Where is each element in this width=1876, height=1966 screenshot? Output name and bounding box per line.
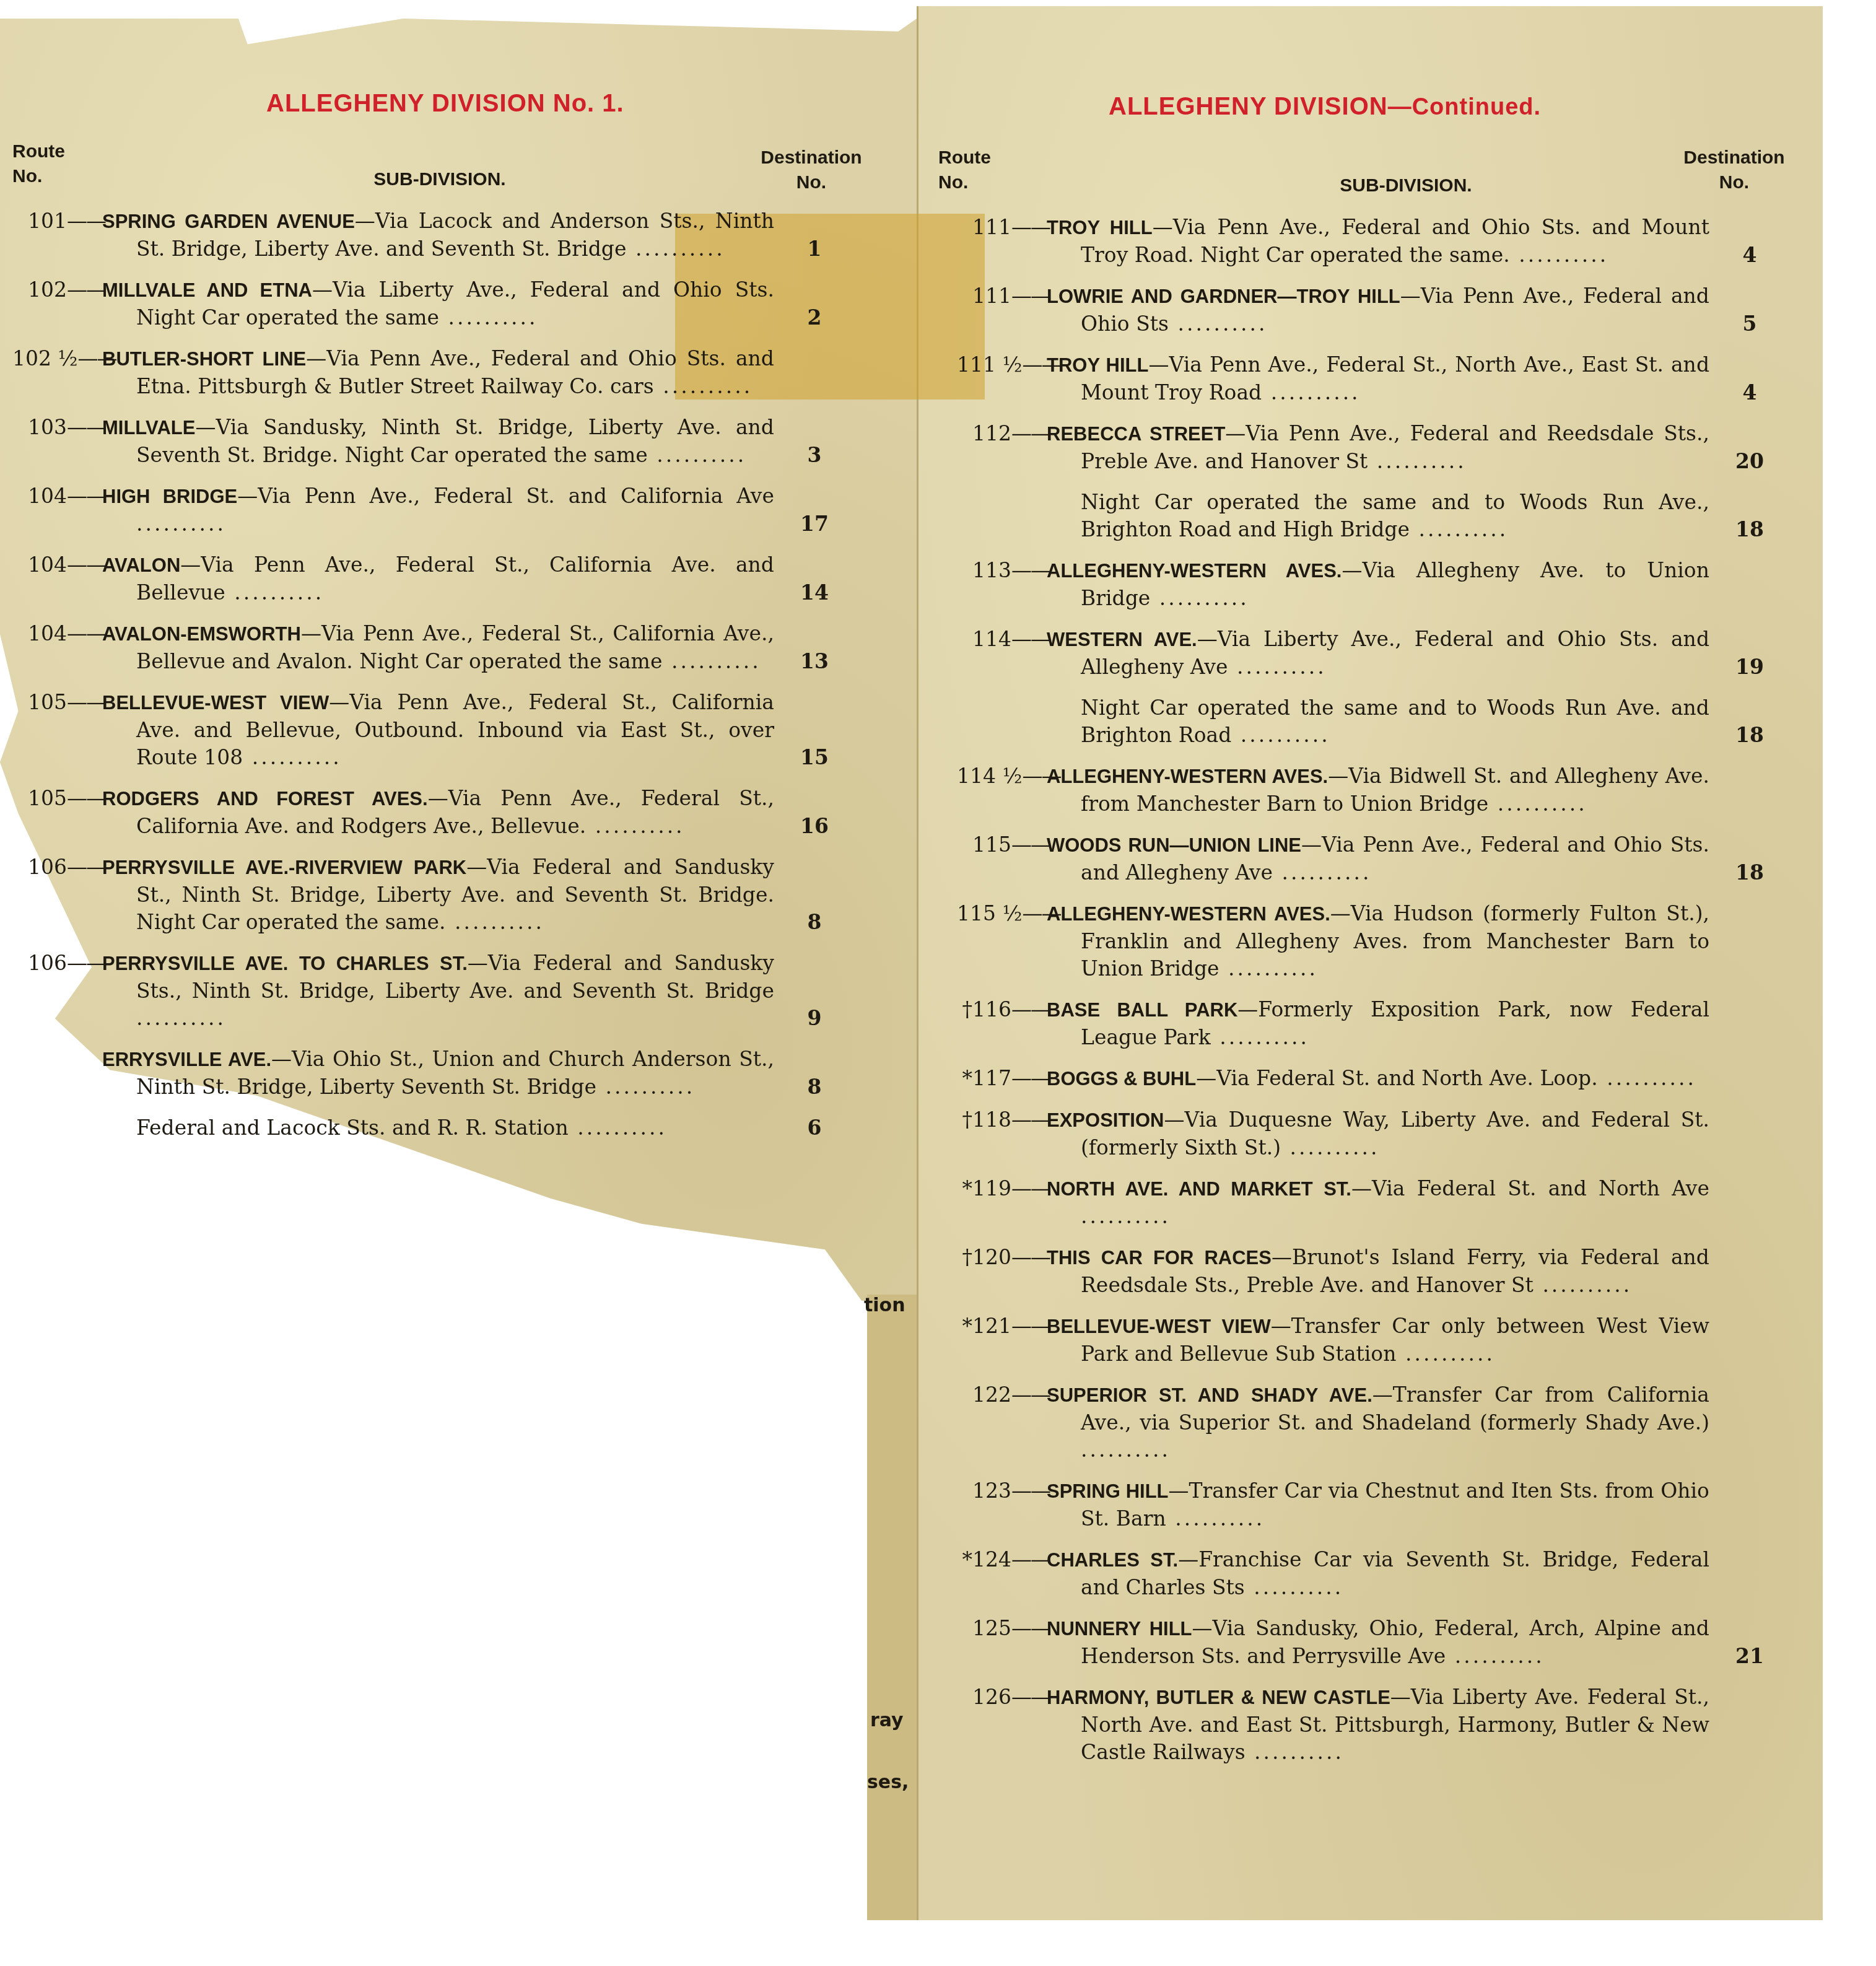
route-description: WESTERN AVE.—Via Liberty Ave., Federal a… (957, 626, 1709, 681)
name-dash: — (1390, 1685, 1411, 1709)
route-description: EXPOSITION—Via Duquesne Way, Liberty Ave… (957, 1106, 1709, 1161)
name-dash: — (1196, 1066, 1216, 1090)
name-dash: — (237, 484, 258, 508)
subdivision-name: NORTH AVE. AND MARKET ST. (1047, 1178, 1351, 1200)
route-description: THIS CAR FOR RACES—Brunot's Island Ferry… (957, 1244, 1709, 1299)
name-dash: — (312, 277, 333, 302)
subdivision-name: BELLEVUE-WEST VIEW (1047, 1316, 1271, 1337)
destination-number: 8 (793, 909, 836, 936)
route-number: 101—— (12, 208, 105, 235)
destination-number: 19 (1728, 653, 1771, 681)
col-route-line1: Route (12, 139, 74, 164)
route-number: 125—— (957, 1615, 1050, 1642)
col-route-line1: Route (938, 146, 1000, 170)
destination-number: 18 (1728, 859, 1771, 886)
subdivision-name: HIGH BRIDGE (102, 486, 237, 507)
destination-number: 20 (1728, 448, 1771, 475)
route-entry: 115 ½——ALLEGHENY-WESTERN AVES.—Via Hudso… (957, 900, 1709, 982)
route-entry: Night Car operated the same and to Woods… (957, 489, 1709, 543)
left-division-title: ALLEGHENY DIVISION No. 1. (266, 90, 624, 118)
name-dash: — (1272, 1245, 1292, 1269)
route-entry: 111 ½——TROY HILL—Via Penn Ave., Federal … (957, 351, 1709, 406)
dot-leader: .......... (1510, 243, 1608, 267)
dot-leader: .......... (136, 512, 226, 536)
route-description: BUTLER-SHORT LINE—Via Penn Ave., Federal… (12, 345, 774, 400)
right-title-main: ALLEGHENY DIVISION (1109, 93, 1388, 120)
right-col-subdivision-header: SUB-DIVISION. (1276, 173, 1536, 198)
route-description: SUPERIOR ST. AND SHADY AVE.—Transfer Car… (957, 1381, 1709, 1464)
route-number: *124—— (957, 1546, 1050, 1573)
dot-leader: .......... (1397, 1342, 1495, 1366)
route-number: *119—— (957, 1175, 1050, 1202)
route-number: 103—— (12, 414, 105, 441)
name-dash: — (1225, 421, 1246, 445)
name-dash: — (1400, 284, 1421, 308)
dot-leader: .......... (596, 1075, 695, 1099)
route-description: TROY HILL—Via Penn Ave., Federal St., No… (957, 351, 1709, 406)
route-number: 106—— (12, 854, 105, 881)
route-number: 104—— (12, 620, 105, 647)
route-number: 104—— (12, 483, 105, 510)
em-dash: —— (1011, 1314, 1050, 1338)
dot-leader: .......... (1488, 792, 1587, 816)
name-dash: — (180, 553, 201, 577)
route-description: Night Car operated the same and to Woods… (957, 489, 1709, 543)
destination-number: 9 (793, 1005, 836, 1032)
em-dash: —— (1022, 901, 1060, 925)
route-entry: 113——ALLEGHENY-WESTERN AVES.—Via Alleghe… (957, 557, 1709, 612)
dot-leader: .......... (1598, 1066, 1696, 1090)
subdivision-name: CHARLES ST. (1047, 1549, 1178, 1571)
right-col-destination-header: Destination No. (1666, 146, 1802, 195)
route-via-text: Via Federal St. and North Ave (1372, 1176, 1709, 1200)
route-entry: 106——PERRYSVILLE AVE.-RIVERVIEW PARK—Via… (12, 854, 774, 936)
col-route-line2: No. (12, 164, 74, 189)
dot-leader: .......... (1534, 1273, 1632, 1297)
em-dash: —— (77, 346, 116, 370)
route-entry: 114 ½——ALLEGHENY-WESTERN AVES.—Via Bidwe… (957, 762, 1709, 818)
dot-leader: .......... (662, 649, 761, 673)
dot-leader: .......... (1081, 1438, 1171, 1462)
route-via-text: Night Car operated the same and to Woods… (1081, 490, 1709, 541)
route-number: 112—— (957, 420, 1050, 447)
route-entry: 111——LOWRIE AND GARDNER—TROY HILL—Via Pe… (957, 282, 1709, 338)
destination-number: 18 (1728, 516, 1771, 543)
route-description: SPRING HILL—Transfer Car via Chestnut an… (957, 1477, 1709, 1532)
right-route-list: 111——TROY HILL—Via Penn Ave., Federal an… (957, 214, 1709, 1780)
route-description: HIGH BRIDGE—Via Penn Ave., Federal St. a… (12, 483, 774, 538)
route-via-text: Night Car operated the same and to Woods… (1081, 696, 1709, 747)
em-dash: —— (1011, 284, 1050, 308)
em-dash: —— (67, 786, 105, 810)
route-via-text: Via Penn Ave., Federal St., North Ave., … (1081, 352, 1709, 404)
route-number: 105—— (12, 689, 105, 716)
left-col-route-header: Route No. (12, 139, 74, 189)
name-dash: — (428, 786, 448, 810)
name-dash: — (1351, 1176, 1372, 1200)
route-number: 122—— (957, 1381, 1050, 1409)
right-division-title: ALLEGHENY DIVISION—Continued. (1109, 93, 1541, 121)
em-dash: —— (1011, 1616, 1050, 1640)
destination-number: 21 (1728, 1643, 1771, 1670)
dot-leader: .......... (626, 237, 725, 261)
left-route-list: 101——SPRING GARDEN AVENUE—Via Lacock and… (12, 208, 774, 1155)
route-number: 111 ½—— (957, 351, 1050, 378)
route-description: MILLVALE—Via Sandusky, Ninth St. Bridge,… (12, 414, 774, 469)
route-entry: 126——HARMONY, BUTLER & NEW CASTLE—Via Li… (957, 1684, 1709, 1766)
subdivision-name: PERRYSVILLE AVE.-RIVERVIEW PARK (102, 857, 466, 878)
em-dash: —— (1011, 1176, 1050, 1200)
right-title-suffix: —Continued. (1388, 94, 1541, 120)
route-entry: 112——REBECCA STREET—Via Penn Ave., Feder… (957, 420, 1709, 475)
em-dash: —— (1011, 832, 1050, 857)
right-col-route-header: Route No. (938, 146, 1000, 195)
left-col-subdivision-header: SUB-DIVISION. (310, 167, 570, 192)
subdivision-name: NUNNERY HILL (1047, 1618, 1192, 1640)
route-entry: *119——NORTH AVE. AND MARKET ST.—Via Fede… (957, 1175, 1709, 1230)
dot-leader: .......... (569, 1116, 667, 1140)
route-number: 105—— (12, 785, 105, 812)
route-description: ALLEGHENY-WESTERN AVES.—Via Hudson (form… (957, 900, 1709, 982)
subdivision-name: ERRYSVILLE AVE. (102, 1049, 271, 1070)
route-entry: 105——BELLEVUE-WEST VIEW—Via Penn Ave., F… (12, 689, 774, 771)
route-description: MILLVALE AND ETNA—Via Liberty Ave., Fede… (12, 276, 774, 331)
em-dash: —— (67, 690, 105, 714)
subdivision-name: SUPERIOR ST. AND SHADY AVE. (1047, 1384, 1372, 1406)
name-dash: — (355, 209, 375, 233)
name-dash: — (1328, 764, 1348, 788)
em-dash: —— (67, 621, 105, 645)
route-via-text: Via Penn Ave., Federal and Ohio Sts. and… (1081, 215, 1709, 267)
route-description: CHARLES ST.—Franchise Car via Seventh St… (957, 1546, 1709, 1601)
destination-number: 13 (793, 648, 836, 675)
destination-number: 5 (1728, 310, 1771, 338)
destination-number: 8 (793, 1073, 836, 1101)
subdivision-name: THIS CAR FOR RACES (1047, 1247, 1272, 1269)
route-entry: 104——HIGH BRIDGE—Via Penn Ave., Federal … (12, 483, 774, 538)
route-description: AVALON-EMSWORTH—Via Penn Ave., Federal S… (12, 620, 774, 675)
route-via-text: Federal and Lacock Sts. and R. R. Statio… (136, 1116, 569, 1140)
name-dash: — (466, 855, 487, 879)
subdivision-name: LOWRIE AND GARDNER—TROY HILL (1047, 286, 1400, 307)
subdivision-name: EXPOSITION (1047, 1109, 1164, 1131)
route-entry: 106——PERRYSVILLE AVE. TO CHARLES ST.—Via… (12, 950, 774, 1032)
route-entry: 103——MILLVALE—Via Sandusky, Ninth St. Br… (12, 414, 774, 469)
dot-leader: .......... (654, 374, 753, 398)
em-dash: —— (1022, 352, 1060, 377)
col-route-line2: No. (938, 170, 1000, 195)
route-description: Night Car operated the same and to Woods… (957, 694, 1709, 749)
route-description: TROY HILL—Via Penn Ave., Federal and Ohi… (957, 214, 1709, 269)
torn-fragment-text: tion (864, 1295, 905, 1316)
em-dash: —— (1011, 421, 1050, 445)
name-dash: — (1301, 832, 1322, 857)
destination-number: 3 (793, 442, 836, 469)
dot-leader: .......... (1169, 312, 1267, 336)
route-entry: 104——AVALON—Via Penn Ave., Federal St., … (12, 551, 774, 606)
em-dash: —— (1011, 1383, 1050, 1407)
dot-leader: .......... (439, 305, 538, 330)
route-description: NORTH AVE. AND MARKET ST.—Via Federal St… (957, 1175, 1709, 1230)
torn-fragment-text: ses, (867, 1772, 909, 1793)
dot-leader: .......... (1245, 1575, 1343, 1599)
route-description: RODGERS AND FOREST AVES.—Via Penn Ave., … (12, 785, 774, 840)
route-number: †120—— (957, 1244, 1050, 1271)
em-dash: —— (1011, 1547, 1050, 1571)
dot-leader: .......... (1281, 1135, 1379, 1160)
dot-leader: .......... (1081, 1204, 1171, 1228)
dot-leader: .......... (1273, 860, 1371, 885)
em-dash: —— (1011, 1066, 1050, 1090)
dot-leader: .......... (1166, 1506, 1265, 1531)
route-entry: 105——RODGERS AND FOREST AVES.—Via Penn A… (12, 785, 774, 840)
destination-number: 1 (793, 235, 836, 263)
subdivision-name: ALLEGHENY-WESTERN AVES. (1047, 766, 1328, 787)
name-dash: — (301, 621, 321, 645)
dot-leader: .......... (1211, 1025, 1309, 1049)
name-dash: — (468, 951, 488, 975)
route-number: 126—— (957, 1684, 1050, 1711)
dot-leader: .......... (136, 1006, 226, 1030)
name-dash: — (1169, 1479, 1189, 1503)
dot-leader: .......... (1410, 517, 1508, 541)
subdivision-name: SPRING GARDEN AVENUE (102, 211, 355, 232)
name-dash: — (329, 690, 349, 714)
route-description: ALLEGHENY-WESTERN AVES.—Via Bidwell St. … (957, 762, 1709, 818)
route-number: *117—— (957, 1065, 1050, 1092)
route-description: ALLEGHENY-WESTERN AVES.—Via Allegheny Av… (957, 557, 1709, 612)
subdivision-name: ALLEGHENY-WESTERN AVES. (1047, 903, 1330, 925)
route-number: 113—— (957, 557, 1050, 584)
name-dash: — (1164, 1108, 1184, 1132)
subdivision-name: ALLEGHENY-WESTERN AVES. (1047, 560, 1342, 582)
route-number: 115—— (957, 831, 1050, 858)
route-entry: Night Car operated the same and to Woods… (957, 694, 1709, 749)
name-dash: — (1237, 997, 1258, 1021)
destination-number: 17 (793, 510, 836, 538)
route-number: 111—— (957, 282, 1050, 310)
route-entry: *124——CHARLES ST.—Franchise Car via Seve… (957, 1546, 1709, 1601)
subdivision-name: MILLVALE (102, 417, 195, 439)
em-dash: —— (1022, 764, 1060, 788)
em-dash: —— (1011, 1245, 1050, 1269)
dot-leader: .......... (1228, 655, 1326, 679)
dot-leader: .......... (1231, 723, 1330, 747)
route-description: AVALON—Via Penn Ave., Federal St., Calif… (12, 551, 774, 606)
route-description: SPRING GARDEN AVENUE—Via Lacock and Ande… (12, 208, 774, 263)
em-dash: —— (67, 951, 105, 975)
destination-number: 4 (1728, 379, 1771, 406)
name-dash: — (1197, 627, 1218, 651)
subdivision-name: BOGGS & BUHL (1047, 1068, 1196, 1090)
subdivision-name: WOODS RUN—UNION LINE (1047, 834, 1301, 856)
route-entry: †118——EXPOSITION—Via Duquesne Way, Liber… (957, 1106, 1709, 1161)
route-description: REBECCA STREET—Via Penn Ave., Federal an… (957, 420, 1709, 475)
route-entry: 111——TROY HILL—Via Penn Ave., Federal an… (957, 214, 1709, 269)
route-description: NUNNERY HILL—Via Sandusky, Ohio, Federal… (957, 1615, 1709, 1670)
subdivision-name: TROY HILL (1047, 217, 1153, 238)
name-dash: — (1153, 215, 1173, 239)
route-entry: 125——NUNNERY HILL—Via Sandusky, Ohio, Fe… (957, 1615, 1709, 1670)
route-entry: †120——THIS CAR FOR RACES—Brunot's Island… (957, 1244, 1709, 1299)
dot-leader: .......... (648, 443, 746, 467)
subdivision-name: REBECCA STREET (1047, 423, 1225, 445)
em-dash: —— (1011, 1108, 1050, 1132)
route-entry: 115——WOODS RUN—UNION LINE—Via Penn Ave.,… (957, 831, 1709, 886)
dot-leader: .......... (1150, 586, 1249, 610)
dot-leader: .......... (243, 745, 341, 769)
destination-number: 16 (793, 813, 836, 840)
em-dash: —— (67, 277, 105, 302)
subdivision-name: BASE BALL PARK (1047, 999, 1237, 1021)
route-number: 111—— (957, 214, 1050, 241)
em-dash: —— (1011, 1685, 1050, 1709)
em-dash: —— (67, 484, 105, 508)
dot-leader: .......... (1446, 1644, 1544, 1668)
destination-number: 4 (1728, 242, 1771, 269)
route-number: 115 ½—— (957, 900, 1050, 927)
subdivision-name: AVALON-EMSWORTH (102, 623, 301, 645)
dot-leader: .......... (446, 910, 544, 934)
route-number: *121—— (957, 1313, 1050, 1340)
subdivision-name: BELLEVUE-WEST VIEW (102, 692, 329, 714)
route-number: 102 ½—— (12, 345, 105, 372)
destination-number: 14 (793, 579, 836, 606)
em-dash: —— (1011, 1479, 1050, 1503)
em-dash: —— (67, 415, 105, 439)
dot-leader: .......... (1368, 449, 1466, 473)
name-dash: — (1149, 352, 1169, 377)
route-entry: †116——BASE BALL PARK—Formerly Exposition… (957, 996, 1709, 1051)
route-description: BELLEVUE-WEST VIEW—Via Penn Ave., Federa… (12, 689, 774, 771)
destination-number: 15 (793, 744, 836, 771)
name-dash: — (1372, 1383, 1393, 1407)
em-dash: —— (67, 855, 105, 879)
name-dash: — (271, 1047, 292, 1071)
route-entry: 122——SUPERIOR ST. AND SHADY AVE.—Transfe… (957, 1381, 1709, 1464)
name-dash: — (195, 415, 216, 439)
route-entry: 114——WESTERN AVE.—Via Liberty Ave., Fede… (957, 626, 1709, 681)
dot-leader: .......... (1219, 956, 1318, 981)
route-entry: *121——BELLEVUE-WEST VIEW—Transfer Car on… (957, 1313, 1709, 1368)
em-dash: —— (1011, 215, 1050, 239)
route-number: †116—— (957, 996, 1050, 1023)
route-via-text: Via Federal St. and North Ave. Loop. (1216, 1066, 1598, 1090)
col-dest-line1: Destination (1666, 146, 1802, 170)
subdivision-name: WESTERN AVE. (1047, 629, 1197, 650)
route-description: ERRYSVILLE AVE.—Via Ohio St., Union and … (12, 1046, 774, 1101)
subdivision-name: BUTLER-SHORT LINE (102, 348, 306, 370)
route-entry: ERRYSVILLE AVE.—Via Ohio St., Union and … (12, 1046, 774, 1101)
name-dash: — (1271, 1314, 1291, 1338)
route-entry: 123——SPRING HILL—Transfer Car via Chestn… (957, 1477, 1709, 1532)
subdivision-name: MILLVALE AND ETNA (102, 279, 312, 301)
route-number: 123—— (957, 1477, 1050, 1505)
em-dash: —— (67, 553, 105, 577)
route-description: Federal and Lacock Sts. and R. R. Statio… (12, 1114, 774, 1142)
route-entry: 102 ½——BUTLER-SHORT LINE—Via Penn Ave., … (12, 345, 774, 400)
route-description: PERRYSVILLE AVE. TO CHARLES ST.—Via Fede… (12, 950, 774, 1032)
destination-number: 6 (793, 1114, 836, 1142)
subdivision-name: AVALON (102, 554, 180, 576)
route-description: HARMONY, BUTLER & NEW CASTLE—Via Liberty… (957, 1684, 1709, 1766)
route-entry: 102——MILLVALE AND ETNA—Via Liberty Ave.,… (12, 276, 774, 331)
route-entry: 101——SPRING GARDEN AVENUE—Via Lacock and… (12, 208, 774, 263)
torn-fragment-text: ray (870, 1710, 904, 1731)
em-dash: —— (1011, 627, 1050, 651)
route-via-text: Via Penn Ave., Federal St. and Californi… (258, 484, 774, 508)
route-description: PERRYSVILLE AVE.-RIVERVIEW PARK—Via Fede… (12, 854, 774, 936)
col-dest-line1: Destination (743, 146, 879, 170)
subdivision-name: HARMONY, BUTLER & NEW CASTLE (1047, 1687, 1390, 1708)
route-entry: *117——BOGGS & BUHL—Via Federal St. and N… (957, 1065, 1709, 1093)
route-number: 114 ½—— (957, 762, 1050, 790)
name-dash: — (1330, 901, 1351, 925)
left-col-destination-header: Destination No. (743, 146, 879, 195)
col-dest-line2: No. (1666, 170, 1802, 195)
em-dash: —— (1011, 997, 1050, 1021)
route-description: BELLEVUE-WEST VIEW—Transfer Car only bet… (957, 1313, 1709, 1368)
name-dash: — (1192, 1616, 1213, 1640)
destination-number: 18 (1728, 722, 1771, 749)
col-dest-line2: No. (743, 170, 879, 195)
route-entry: 104——AVALON-EMSWORTH—Via Penn Ave., Fede… (12, 620, 774, 675)
subdivision-name: PERRYSVILLE AVE. TO CHARLES ST. (102, 953, 468, 974)
name-dash: — (1342, 558, 1362, 582)
subdivision-name: TROY HILL (1047, 354, 1149, 376)
dot-leader: .......... (1262, 380, 1360, 404)
dot-leader: .......... (1246, 1740, 1344, 1764)
route-description: BOGGS & BUHL—Via Federal St. and North A… (957, 1065, 1709, 1093)
route-entry: Federal and Lacock Sts. and R. R. Statio… (12, 1114, 774, 1142)
route-number: 104—— (12, 551, 105, 579)
em-dash: —— (1011, 558, 1050, 582)
name-dash: — (306, 346, 326, 370)
em-dash: —— (67, 209, 105, 233)
route-number: 102—— (12, 276, 105, 304)
route-number: 114—— (957, 626, 1050, 653)
route-description: BASE BALL PARK—Formerly Exposition Park,… (957, 996, 1709, 1051)
route-number: †118—— (957, 1106, 1050, 1134)
subdivision-name: RODGERS AND FOREST AVES. (102, 788, 428, 810)
route-description: WOODS RUN—UNION LINE—Via Penn Ave., Fede… (957, 831, 1709, 886)
destination-number: 2 (793, 304, 836, 331)
route-description: LOWRIE AND GARDNER—TROY HILL—Via Penn Av… (957, 282, 1709, 338)
subdivision-name: SPRING HILL (1047, 1480, 1169, 1502)
name-dash: — (1178, 1547, 1198, 1571)
dot-leader: .......... (586, 814, 684, 838)
dot-leader: .......... (225, 580, 324, 605)
route-number: 106—— (12, 950, 105, 977)
